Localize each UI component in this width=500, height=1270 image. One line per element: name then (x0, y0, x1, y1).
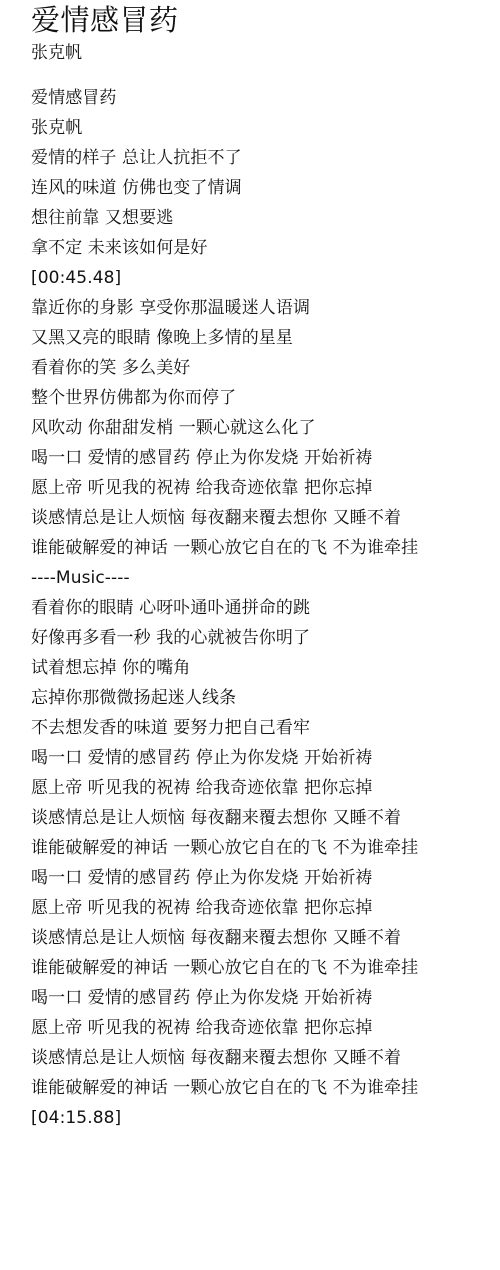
lyric-line: 想往前靠 又想要逃 (31, 203, 500, 233)
lyric-line: 愿上帝 听见我的祝祷 给我奇迹依靠 把你忘掉 (31, 473, 500, 503)
lyric-line: 风吹动 你甜甜发梢 一颗心就这么化了 (31, 413, 500, 443)
lyric-line: [04:15.88] (31, 1103, 500, 1133)
lyric-line: 爱情感冒药 (31, 83, 500, 113)
lyric-line: 谈感情总是让人烦恼 每夜翻来覆去想你 又睡不着 (31, 923, 500, 953)
lyric-line: 看着你的笑 多么美好 (31, 353, 500, 383)
lyric-line: 不去想发香的味道 要努力把自己看牢 (31, 713, 500, 743)
lyric-line: 试着想忘掉 你的嘴角 (31, 653, 500, 683)
lyric-line: 喝一口 爱情的感冒药 停止为你发烧 开始祈祷 (31, 743, 500, 773)
lyric-line: 靠近你的身影 享受你那温暖迷人语调 (31, 293, 500, 323)
lyrics-page: 爱情感冒药 张克帆 爱情感冒药张克帆爱情的样子 总让人抗拒不了连风的味道 仿佛也… (0, 0, 500, 1133)
lyric-line: 谈感情总是让人烦恼 每夜翻来覆去想你 又睡不着 (31, 503, 500, 533)
lyric-line: 拿不定 未来该如何是好 (31, 233, 500, 263)
lyric-line: 谁能破解爱的神话 一颗心放它自在的飞 不为谁牵挂 (31, 833, 500, 863)
lyric-line: 又黑又亮的眼睛 像晚上多情的星星 (31, 323, 500, 353)
lyric-line: 看着你的眼睛 心呀卟通卟通拼命的跳 (31, 593, 500, 623)
lyric-line: 喝一口 爱情的感冒药 停止为你发烧 开始祈祷 (31, 443, 500, 473)
lyric-line: [00:45.48] (31, 263, 500, 293)
lyric-line: 爱情的样子 总让人抗拒不了 (31, 143, 500, 173)
lyric-line: 喝一口 爱情的感冒药 停止为你发烧 开始祈祷 (31, 863, 500, 893)
lyric-line: 张克帆 (31, 113, 500, 143)
lyric-line: 连风的味道 仿佛也变了情调 (31, 173, 500, 203)
lyric-line: 整个世界仿佛都为你而停了 (31, 383, 500, 413)
lyric-line: 谁能破解爱的神话 一颗心放它自在的飞 不为谁牵挂 (31, 533, 500, 563)
song-title: 爱情感冒药 (31, 0, 500, 39)
lyric-line: 谁能破解爱的神话 一颗心放它自在的飞 不为谁牵挂 (31, 1073, 500, 1103)
lyrics-list: 爱情感冒药张克帆爱情的样子 总让人抗拒不了连风的味道 仿佛也变了情调想往前靠 又… (31, 83, 500, 1133)
song-artist: 张克帆 (31, 39, 500, 67)
lyric-line: 谈感情总是让人烦恼 每夜翻来覆去想你 又睡不着 (31, 1043, 500, 1073)
lyric-line: 谈感情总是让人烦恼 每夜翻来覆去想你 又睡不着 (31, 803, 500, 833)
lyric-line: 好像再多看一秒 我的心就被告你明了 (31, 623, 500, 653)
lyric-line: ----Music---- (31, 563, 500, 593)
lyric-line: 愿上帝 听见我的祝祷 给我奇迹依靠 把你忘掉 (31, 893, 500, 923)
lyric-line: 喝一口 爱情的感冒药 停止为你发烧 开始祈祷 (31, 983, 500, 1013)
lyric-line: 愿上帝 听见我的祝祷 给我奇迹依靠 把你忘掉 (31, 1013, 500, 1043)
lyric-line: 愿上帝 听见我的祝祷 给我奇迹依靠 把你忘掉 (31, 773, 500, 803)
lyric-line: 忘掉你那微微扬起迷人线条 (31, 683, 500, 713)
lyric-line: 谁能破解爱的神话 一颗心放它自在的飞 不为谁牵挂 (31, 953, 500, 983)
